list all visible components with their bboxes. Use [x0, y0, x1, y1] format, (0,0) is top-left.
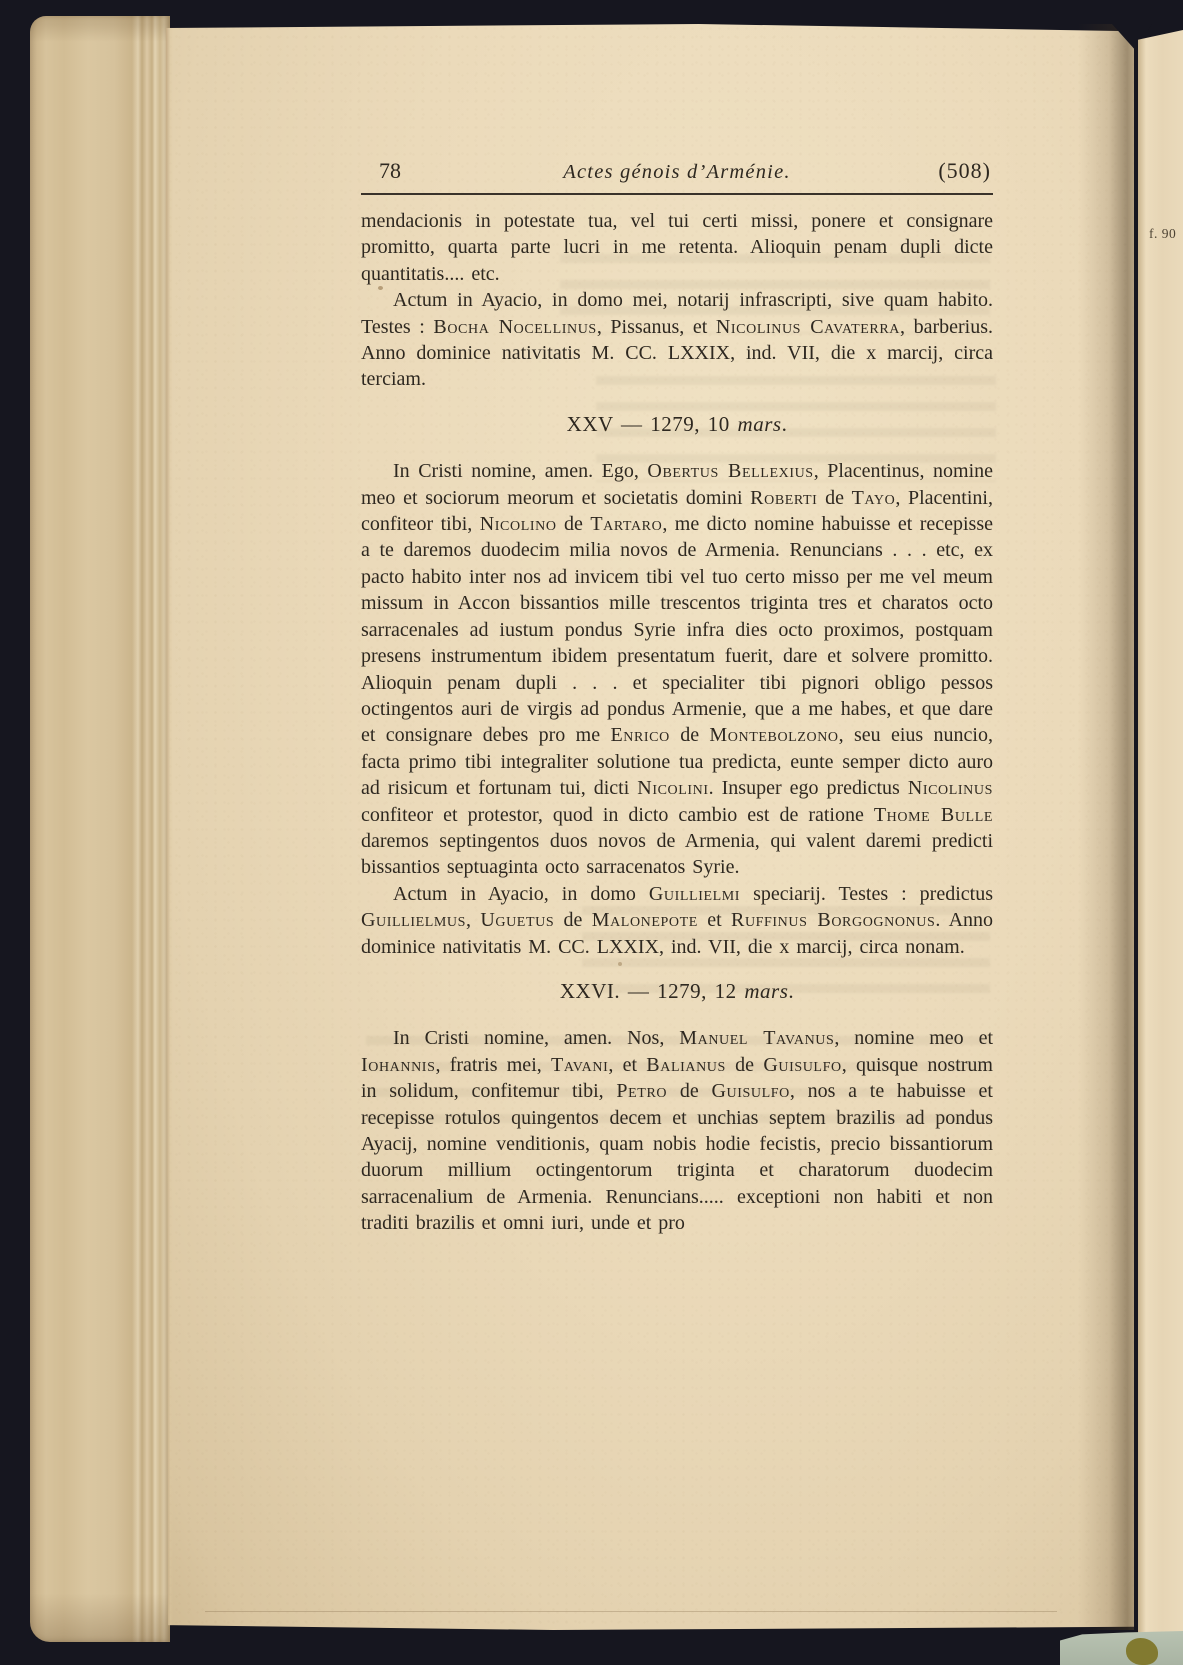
page-content: 78 Actes génois d’Arménie. (508) mendaci…	[361, 150, 993, 1237]
person-name: Guillielmi	[649, 883, 740, 905]
book-page: 78 Actes génois d’Arménie. (508) mendaci…	[166, 24, 1134, 1630]
text-run: de	[817, 487, 851, 509]
text-run: mars	[744, 979, 788, 1003]
page-edge-stack	[30, 16, 170, 1642]
gutter-shadow	[1078, 24, 1134, 1630]
header-rule	[361, 193, 993, 195]
person-name: Tavani	[551, 1054, 608, 1076]
text-run: confiteor et protestor, quod in dicto ca…	[361, 804, 874, 826]
body-text: mendacionis in potestate tua, vel tui ce…	[361, 208, 993, 1237]
paragraph: mendacionis in potestate tua, vel tui ce…	[361, 208, 993, 287]
page-crease	[205, 1611, 1057, 1612]
text-run: de	[726, 1054, 763, 1076]
page-header: 78 Actes génois d’Arménie. (508)	[361, 150, 993, 184]
text-run: de	[667, 1080, 711, 1102]
text-run: , Pissanus, et	[597, 316, 716, 338]
person-name: Montebolzono	[709, 724, 838, 746]
binding-cloth-stain	[1126, 1638, 1158, 1665]
book-scan: 78 Actes génois d’Arménie. (508) mendaci…	[0, 0, 1183, 1665]
text-run: Actum in Ayacio, in domo	[393, 883, 649, 905]
person-name: Roberti	[750, 487, 817, 509]
person-name: Nicolini	[637, 777, 708, 799]
paragraph: In Cristi nomine, amen. Ego, Obertus Bel…	[361, 458, 993, 881]
text-run: .	[782, 412, 788, 436]
text-run: et	[698, 909, 731, 931]
person-name: Guillielmus	[361, 909, 466, 931]
binding-cloth	[1060, 1631, 1183, 1665]
facing-page-edge: f. 90	[1138, 30, 1183, 1648]
text-run: In Cristi nomine, amen. Ego,	[393, 460, 647, 482]
text-run: XXVI. — 1279, 12	[560, 979, 745, 1003]
person-name: Obertus Bellexius	[647, 460, 813, 482]
running-title: Actes génois d’Arménie.	[563, 161, 790, 184]
text-run: speciarij. Testes : predictus	[740, 883, 993, 905]
person-name: Guisulfo	[763, 1054, 841, 1076]
text-run: mars	[738, 412, 782, 436]
text-run: . Insuper ego predictus	[709, 777, 908, 799]
person-name: Tartaro	[590, 513, 662, 535]
person-name: Malonepote	[592, 909, 698, 931]
person-name: Bocha Nocellinus	[433, 316, 596, 338]
paragraph: Actum in Ayacio, in domo mei, notarij in…	[361, 287, 993, 393]
section-heading: XXVI. — 1279, 12 mars.	[361, 978, 993, 1004]
text-run: , fratris mei,	[435, 1054, 551, 1076]
text-run: ,	[466, 909, 480, 931]
page-number: 78	[379, 158, 401, 184]
text-run: daremos septingentos duos novos de Armen…	[361, 830, 993, 878]
person-name: Ruffinus Borgognonus	[731, 909, 935, 931]
person-name: Nicolinus Cavaterra	[716, 316, 900, 338]
text-run: , me dicto nomine habuisse et recepisse …	[361, 513, 993, 746]
margin-folio-note: f. 90	[1149, 226, 1176, 242]
person-name: Enrico	[610, 724, 669, 746]
text-run: de	[557, 513, 591, 535]
person-name: Balianus	[646, 1054, 726, 1076]
section-heading: XXV — 1279, 10 mars.	[361, 411, 993, 437]
text-run: , nomine meo et	[834, 1027, 993, 1049]
person-name: Guisulfo	[711, 1080, 789, 1102]
text-run: de	[670, 724, 710, 746]
text-run: XXV — 1279, 10	[567, 412, 738, 436]
person-name: Nicolinus	[908, 777, 993, 799]
person-name: Tayo	[852, 487, 896, 509]
text-run: .	[788, 979, 794, 1003]
person-name: Nicolino	[480, 513, 557, 535]
column-number: (508)	[938, 158, 991, 184]
text-run: In Cristi nomine, amen. Nos,	[393, 1027, 679, 1049]
text-run: mendacionis in potestate tua, vel tui ce…	[361, 210, 993, 285]
text-run: , nos a te habuisse et recepisse rotulos…	[361, 1080, 993, 1234]
person-name: Manuel Tavanus	[679, 1027, 834, 1049]
person-name: Uguetus	[480, 909, 554, 931]
text-run: de	[554, 909, 592, 931]
paragraph: In Cristi nomine, amen. Nos, Manuel Tava…	[361, 1025, 993, 1236]
paragraph: Actum in Ayacio, in domo Guillielmi spec…	[361, 881, 993, 960]
person-name: Thome Bulle	[874, 804, 993, 826]
person-name: Petro	[616, 1080, 667, 1102]
person-name: Iohannis	[361, 1054, 435, 1076]
text-run: , et	[608, 1054, 646, 1076]
